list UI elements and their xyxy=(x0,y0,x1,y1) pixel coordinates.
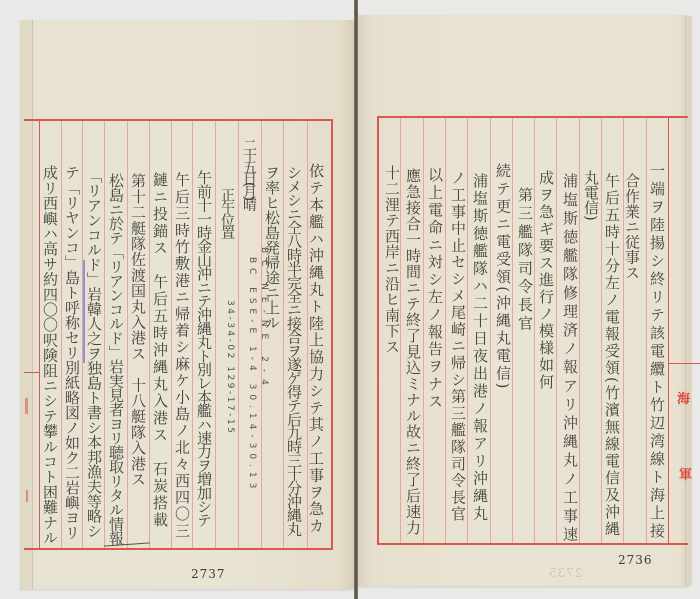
text-column: 以上電命ニ対シ左ノ報告ヲナス xyxy=(425,167,445,411)
frame-right-inner-line xyxy=(668,116,669,545)
text-column: 十二浬テ西岸ニ沿ヒ南下ス xyxy=(382,165,402,355)
text-column: 一端ヲ陸揚シ終リテ該電纜ト竹辺湾線ト海上接 xyxy=(647,163,667,541)
bleed-through-page-number: 2735 xyxy=(548,566,583,580)
text-column: 続テ更ニ電受領(沖縄丸電信) xyxy=(493,163,513,391)
right-page-stack-edge xyxy=(685,17,692,585)
text-column: 丸電信) xyxy=(581,170,601,221)
frame-left-line xyxy=(377,116,379,545)
right-page: 一端ヲ陸揚シ終リテ該電纜ト竹辺湾線ト海上接 合作業ニ従事ス 午后五時十分左ノ電報… xyxy=(0,0,700,599)
text-column: 浦塩斯徳艦隊修理済ノ報アリ沖縄丸ノ工事速 xyxy=(560,173,580,545)
text-column: 午后五時十分左ノ電報受領(竹濱無線電信及沖縄 xyxy=(602,173,622,538)
column-rule xyxy=(490,118,491,543)
text-column: 應急接合一時間ニテ終了見込ミナル故ニ終了后速力 xyxy=(403,168,423,536)
navy-stamp-gun: 軍 xyxy=(679,464,692,483)
column-rule xyxy=(445,118,446,543)
text-column: 成ヲ急ギ要ス進行ノ模様如何 xyxy=(536,170,556,391)
signature-line: 第三艦隊司令長官 xyxy=(515,187,535,333)
navy-stamp-kai: 海 xyxy=(677,388,690,407)
text-column: 合作業ニ従事ス xyxy=(622,173,642,280)
text-column: ノ工事中止セシメ尾崎ニ帰シ第三艦隊司令長官 xyxy=(448,170,468,523)
book-spine xyxy=(354,0,358,599)
page-number: 2736 xyxy=(618,553,653,567)
column-rule xyxy=(423,118,424,543)
book-spread: 依テ本艦ハ沖縄丸ト陸上協力シテ其ノ工事ヲ急カ シメシニ仝八時半完全ニ接合ヲ遂ゲ得… xyxy=(0,0,700,599)
column-rule xyxy=(556,118,557,543)
text-column: 浦塩斯徳艦隊ハ二十日夜出港ノ報アリ沖縄丸 xyxy=(470,173,490,523)
frame-margin-stub xyxy=(668,363,700,364)
frame-bottom-line xyxy=(377,543,688,545)
